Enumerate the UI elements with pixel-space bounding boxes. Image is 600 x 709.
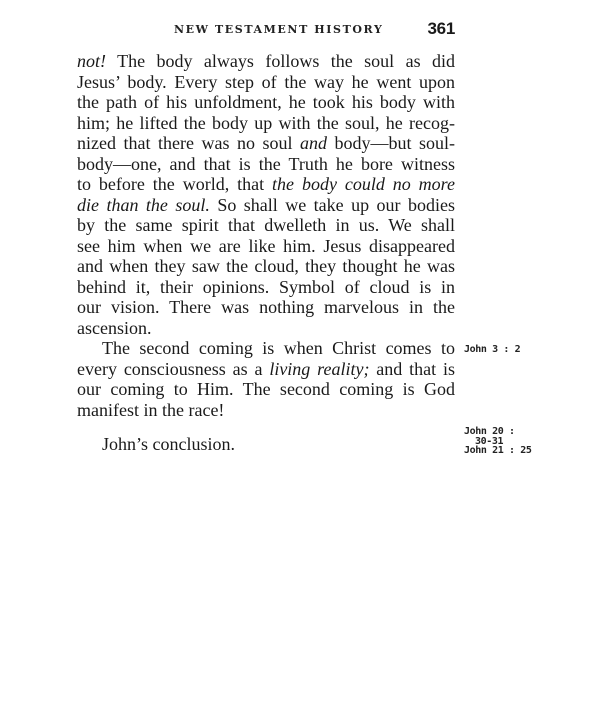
- text-line: see him when we are like him. Jesus disa…: [77, 236, 455, 257]
- text-line: to before the world, that the body could…: [77, 174, 455, 195]
- text-segment: by the same spirit that dwelleth in us. …: [77, 215, 455, 235]
- text-segment: and that is: [369, 359, 455, 379]
- text-segment: see him when we are like him. Jesus disa…: [77, 236, 455, 256]
- page-number: 361: [428, 19, 455, 39]
- text-line: manifest in the race!: [77, 400, 455, 421]
- text-segment: manifest in the race!: [77, 400, 224, 420]
- text-line: and when they saw the cloud, they though…: [77, 256, 455, 277]
- text-line: him; he lifted the body up with the soul…: [77, 113, 455, 134]
- text-line: not! The body always follows the soul as…: [77, 51, 455, 72]
- text-segment: body—one, and that is the Truth he bore …: [77, 154, 455, 174]
- text-segment: him; he lifted the body up with the soul…: [77, 113, 455, 133]
- text-line: Jesus’ body. Every step of the way he we…: [77, 72, 455, 93]
- text-line: the path of his unfoldment, he took his …: [77, 92, 455, 113]
- text-segment: body—but soul-: [327, 133, 455, 153]
- paragraph-gap: [77, 420, 455, 434]
- running-head: NEW TESTAMENT HISTORY 361: [77, 20, 455, 40]
- text-segment: nized that there was no soul: [77, 133, 300, 153]
- running-title: NEW TESTAMENT HISTORY: [174, 23, 383, 36]
- text-line: The second coming is when Christ comes t…: [77, 338, 455, 359]
- text-segment: our vision. There was nothing marvelous …: [77, 297, 455, 317]
- text-segment: Jesus’ body. Every step of the way he we…: [77, 72, 455, 92]
- body-text: not! The body always follows the soul as…: [77, 51, 455, 455]
- text-line: body—one, and that is the Truth he bore …: [77, 154, 455, 175]
- text-line: die than the soul. So shall we take up o…: [77, 195, 455, 216]
- text-line: nized that there was no soul and body—bu…: [77, 133, 455, 154]
- italic-text: the body could no more: [272, 174, 455, 194]
- italic-text: living reality;: [269, 359, 369, 379]
- scripture-reference: John 3 : 2: [464, 345, 520, 355]
- text-segment: The body always follows the soul as did: [106, 51, 455, 71]
- text-line: our coming to Him. The second coming is …: [77, 379, 455, 400]
- text-segment: The second coming is when Christ comes t…: [102, 338, 455, 358]
- text-segment: the path of his unfoldment, he took his …: [77, 92, 455, 112]
- text-segment: to before the world, that: [77, 174, 272, 194]
- text-line: ascension.: [77, 318, 455, 339]
- italic-text: not!: [77, 51, 106, 71]
- text-line: John’s conclusion.: [77, 434, 455, 455]
- text-segment: John’s conclusion.: [102, 434, 235, 454]
- text-segment: behind it, their opinions. Symbol of clo…: [77, 277, 455, 297]
- text-segment: and when they saw the cloud, they though…: [77, 256, 455, 276]
- text-segment: every consciousness as a: [77, 359, 269, 379]
- text-segment: So shall we take up our bodies: [210, 195, 455, 215]
- text-segment: our coming to Him. The second coming is …: [77, 379, 455, 399]
- text-line: every consciousness as a living reality;…: [77, 359, 455, 380]
- scripture-reference: John 21 : 25: [464, 446, 531, 456]
- text-line: by the same spirit that dwelleth in us. …: [77, 215, 455, 236]
- italic-text: die than the soul.: [77, 195, 210, 215]
- margin-note-reference: John 3 : 2: [464, 345, 520, 355]
- italic-text: and: [300, 133, 327, 153]
- text-segment: ascension.: [77, 318, 151, 338]
- text-line: behind it, their opinions. Symbol of clo…: [77, 277, 455, 298]
- text-line: our vision. There was nothing marvelous …: [77, 297, 455, 318]
- margin-note-reference: John 20 :30-31John 21 : 25: [464, 427, 531, 456]
